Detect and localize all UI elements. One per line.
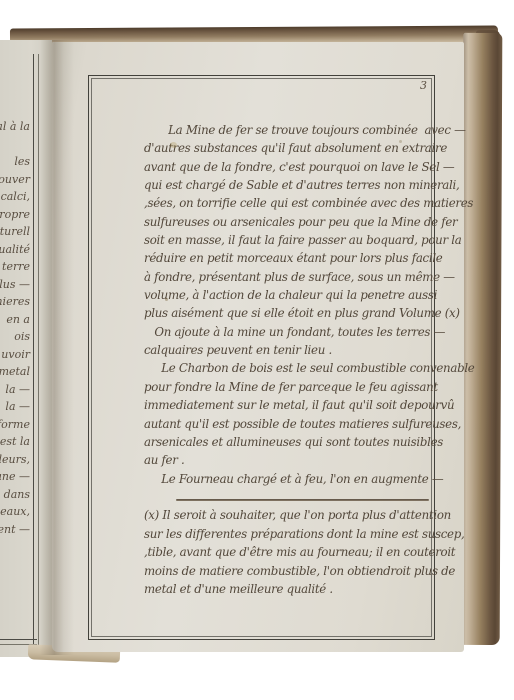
handwritten-line: réduire en petit morceaux étant pour lor… <box>144 249 439 267</box>
handwritten-line: al à la <box>0 118 30 136</box>
handwritten-line: calci, <box>0 188 30 206</box>
handwritten-line: fe dans <box>0 486 30 504</box>
handwritten-line <box>0 136 30 154</box>
handwritten-line: rgent — <box>0 521 30 539</box>
handwritten-line: qualité <box>0 241 30 259</box>
handwritten-line: qui est chargé de Sable et d'autres terr… <box>144 176 439 194</box>
handwritten-line: uvoir <box>0 346 30 364</box>
manuscript-book-photo: al à lalestrouvercalci,proprenaturellqua… <box>0 0 514 700</box>
handwritten-line: immediatement sur le metal, il faut qu'i… <box>144 396 439 414</box>
handwritten-line: remieres <box>0 293 30 311</box>
left-page-frame-line <box>33 54 39 645</box>
handwritten-line: lus — <box>0 276 30 294</box>
left-page-sliver: al à lalestrouvercalci,proprenaturellqua… <box>0 40 52 657</box>
handwritten-line: propre <box>0 206 30 224</box>
handwritten-line: La Mine de fer se trouve toujours combin… <box>144 121 439 139</box>
handwritten-line: à fondre, présentant plus de surface, so… <box>144 268 439 286</box>
handwritten-line: la — <box>0 381 30 399</box>
manuscript-footnote-text: (x) Il seroit à souhaiter, que l'on port… <box>144 506 442 599</box>
book-fore-edge <box>461 33 503 645</box>
manuscript-body-text: La Mine de fer se trouve toujours combin… <box>144 121 439 488</box>
handwritten-line: metal et d'une meilleure qualité . <box>144 580 442 599</box>
handwritten-line: metal <box>0 363 30 381</box>
manuscript-page: 3 La Mine de fer se trouve toujours comb… <box>52 42 464 652</box>
left-page-text-fragments: al à lalestrouvercalci,proprenaturellqua… <box>0 118 30 538</box>
handwritten-line: ,tible, avant que d'être mis au fourneau… <box>144 543 442 562</box>
handwritten-line: volume, à l'action de la chaleur qui la … <box>144 286 439 304</box>
handwritten-line: soit en masse, il faut la faire passer a… <box>144 231 439 249</box>
handwritten-line: avant que de la fondre, c'est pourquoi o… <box>144 158 439 176</box>
handwritten-line: pour fondre la Mine de fer parceque le f… <box>144 378 439 396</box>
handwritten-line: d'autres substances qu'il faut absolumen… <box>144 139 439 157</box>
handwritten-line: Le Fourneau chargé et à feu, l'on en aug… <box>144 470 439 488</box>
handwritten-line: couleurs, <box>0 451 30 469</box>
page-number: 3 <box>420 79 427 92</box>
handwritten-line: autant qu'il est possible de toutes mati… <box>144 415 439 433</box>
handwritten-line: terre <box>0 258 30 276</box>
footnote-separator-rule <box>176 499 429 501</box>
handwritten-line: des eaux, <box>0 503 30 521</box>
handwritten-line: moins de matiere combustible, l'on obtie… <box>144 562 442 581</box>
handwritten-line: une — <box>0 468 30 486</box>
handwritten-line: est la <box>0 433 30 451</box>
handwritten-line: sulfureuses ou arsenicales pour peu que … <box>144 213 439 231</box>
handwritten-line: au fer . <box>144 451 439 469</box>
handwritten-line: (x) Il seroit à souhaiter, que l'on port… <box>144 506 442 525</box>
handwritten-line: la — <box>0 398 30 416</box>
handwritten-line: plus aisément que si elle étoit en plus … <box>144 304 439 322</box>
handwritten-line: On ajoute à la mine un fondant, toutes l… <box>144 323 439 341</box>
handwritten-line: calquaires peuvent en tenir lieu . <box>144 341 439 359</box>
handwritten-line: en a <box>0 311 30 329</box>
handwritten-line: ois <box>0 328 30 346</box>
handwritten-line: les <box>0 153 30 171</box>
handwritten-line: naturell <box>0 223 30 241</box>
handwritten-line: forme <box>0 416 30 434</box>
handwritten-line: trouver <box>0 171 30 189</box>
handwritten-line: sur les differentes préparations dont la… <box>144 525 442 544</box>
handwritten-line: Le Charbon de bois est le seul combustib… <box>144 359 439 377</box>
handwritten-line: ,sées, on torrifie celle qui est combiné… <box>144 194 439 212</box>
handwritten-line: arsenicales et allumineuses qui sont tou… <box>144 433 439 451</box>
